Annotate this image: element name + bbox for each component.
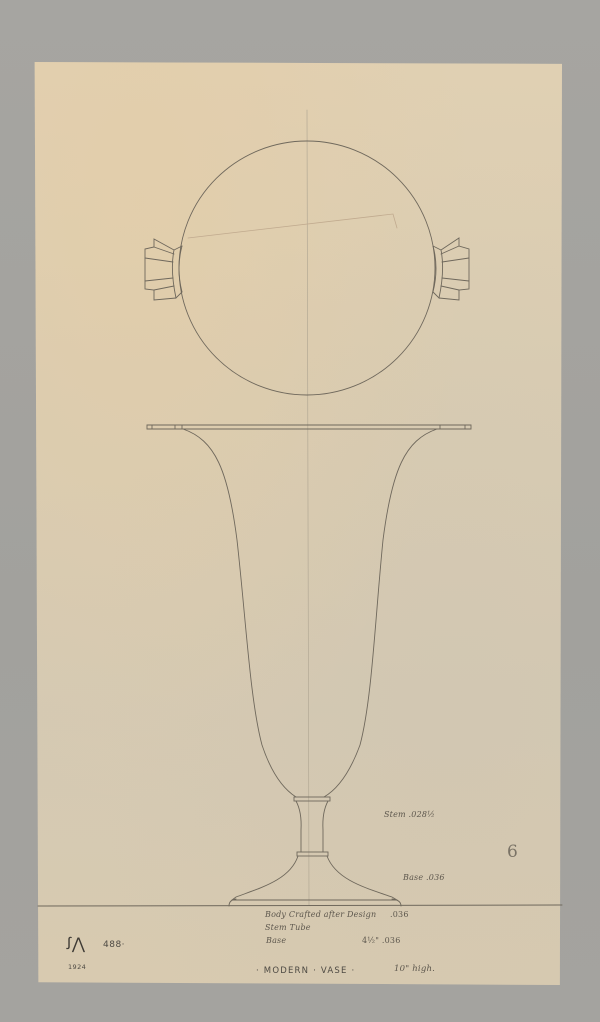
vase-body-right — [324, 429, 437, 797]
spec-line-body-value: .036 — [390, 910, 409, 919]
drawing-title: · MODERN · VASE · — [256, 966, 355, 976]
technical-drawing — [0, 0, 600, 1022]
vase-rim — [147, 425, 471, 429]
vase-foot — [229, 856, 401, 906]
paper-crease — [188, 214, 397, 238]
spec-line-stem-label: Stem Tube — [265, 923, 311, 932]
right-fan-handle — [433, 238, 469, 300]
spec-line-body-label: Body Crafted after Design — [265, 910, 376, 919]
design-number: 488· — [103, 940, 125, 950]
base-gauge-note: Base .036 — [403, 873, 445, 882]
height-note: 10" high. — [394, 964, 435, 974]
ground-line — [38, 905, 562, 906]
left-fan-handle — [145, 239, 182, 300]
designer-monogram: ꭍ⋀ — [66, 932, 85, 954]
spec-line-base-value: 4½" .036 — [362, 936, 400, 945]
sheet-number: 6 — [507, 842, 518, 862]
spec-line-base-label: Base — [266, 936, 286, 945]
stem-gauge-note: Stem .028½ — [384, 810, 435, 819]
design-year: 1924 — [68, 963, 86, 971]
elevation-view — [38, 425, 562, 906]
vertical-center-line — [307, 110, 309, 905]
vase-stem — [294, 797, 330, 856]
vase-body-left — [183, 429, 296, 797]
